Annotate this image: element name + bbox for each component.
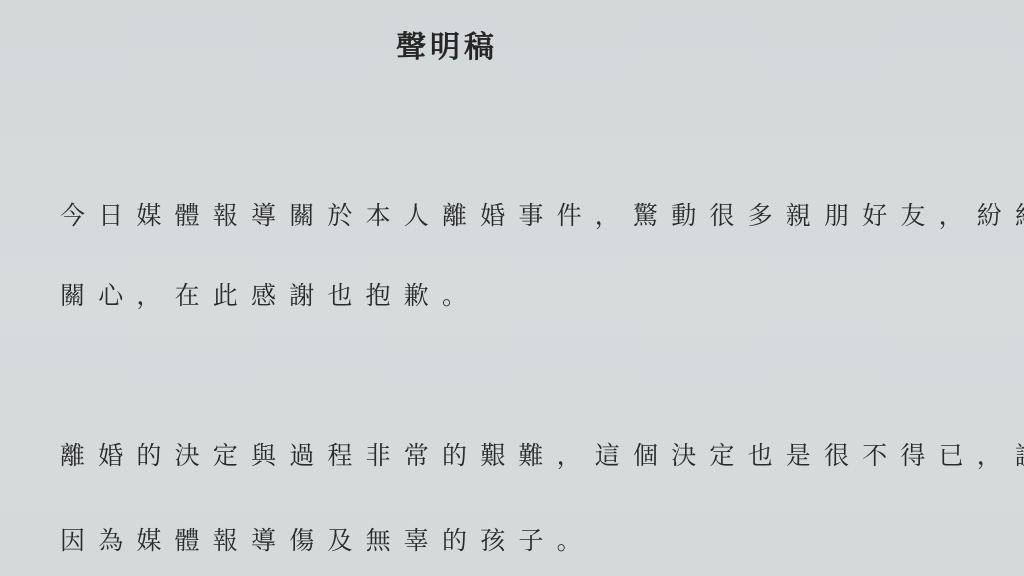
statement-page: 聲明稿 今日媒體報導關於本人離婚事件，驚動很多親朋好友，紛紛來電表達 關心，在此…	[0, 0, 1024, 576]
paragraph-line: 因為媒體報導傷及無辜的孩子。	[60, 528, 595, 553]
paragraph-line: 今日媒體報導關於本人離婚事件，驚動很多親朋好友，紛紛來電表達	[60, 203, 1024, 228]
paragraph-line: 離婚的決定與過程非常的艱難，這個決定也是很不得已，誠摯不希望	[60, 443, 1024, 468]
paragraph-line: 關心，在此感謝也抱歉。	[60, 283, 480, 308]
document-title: 聲明稿	[396, 22, 498, 66]
